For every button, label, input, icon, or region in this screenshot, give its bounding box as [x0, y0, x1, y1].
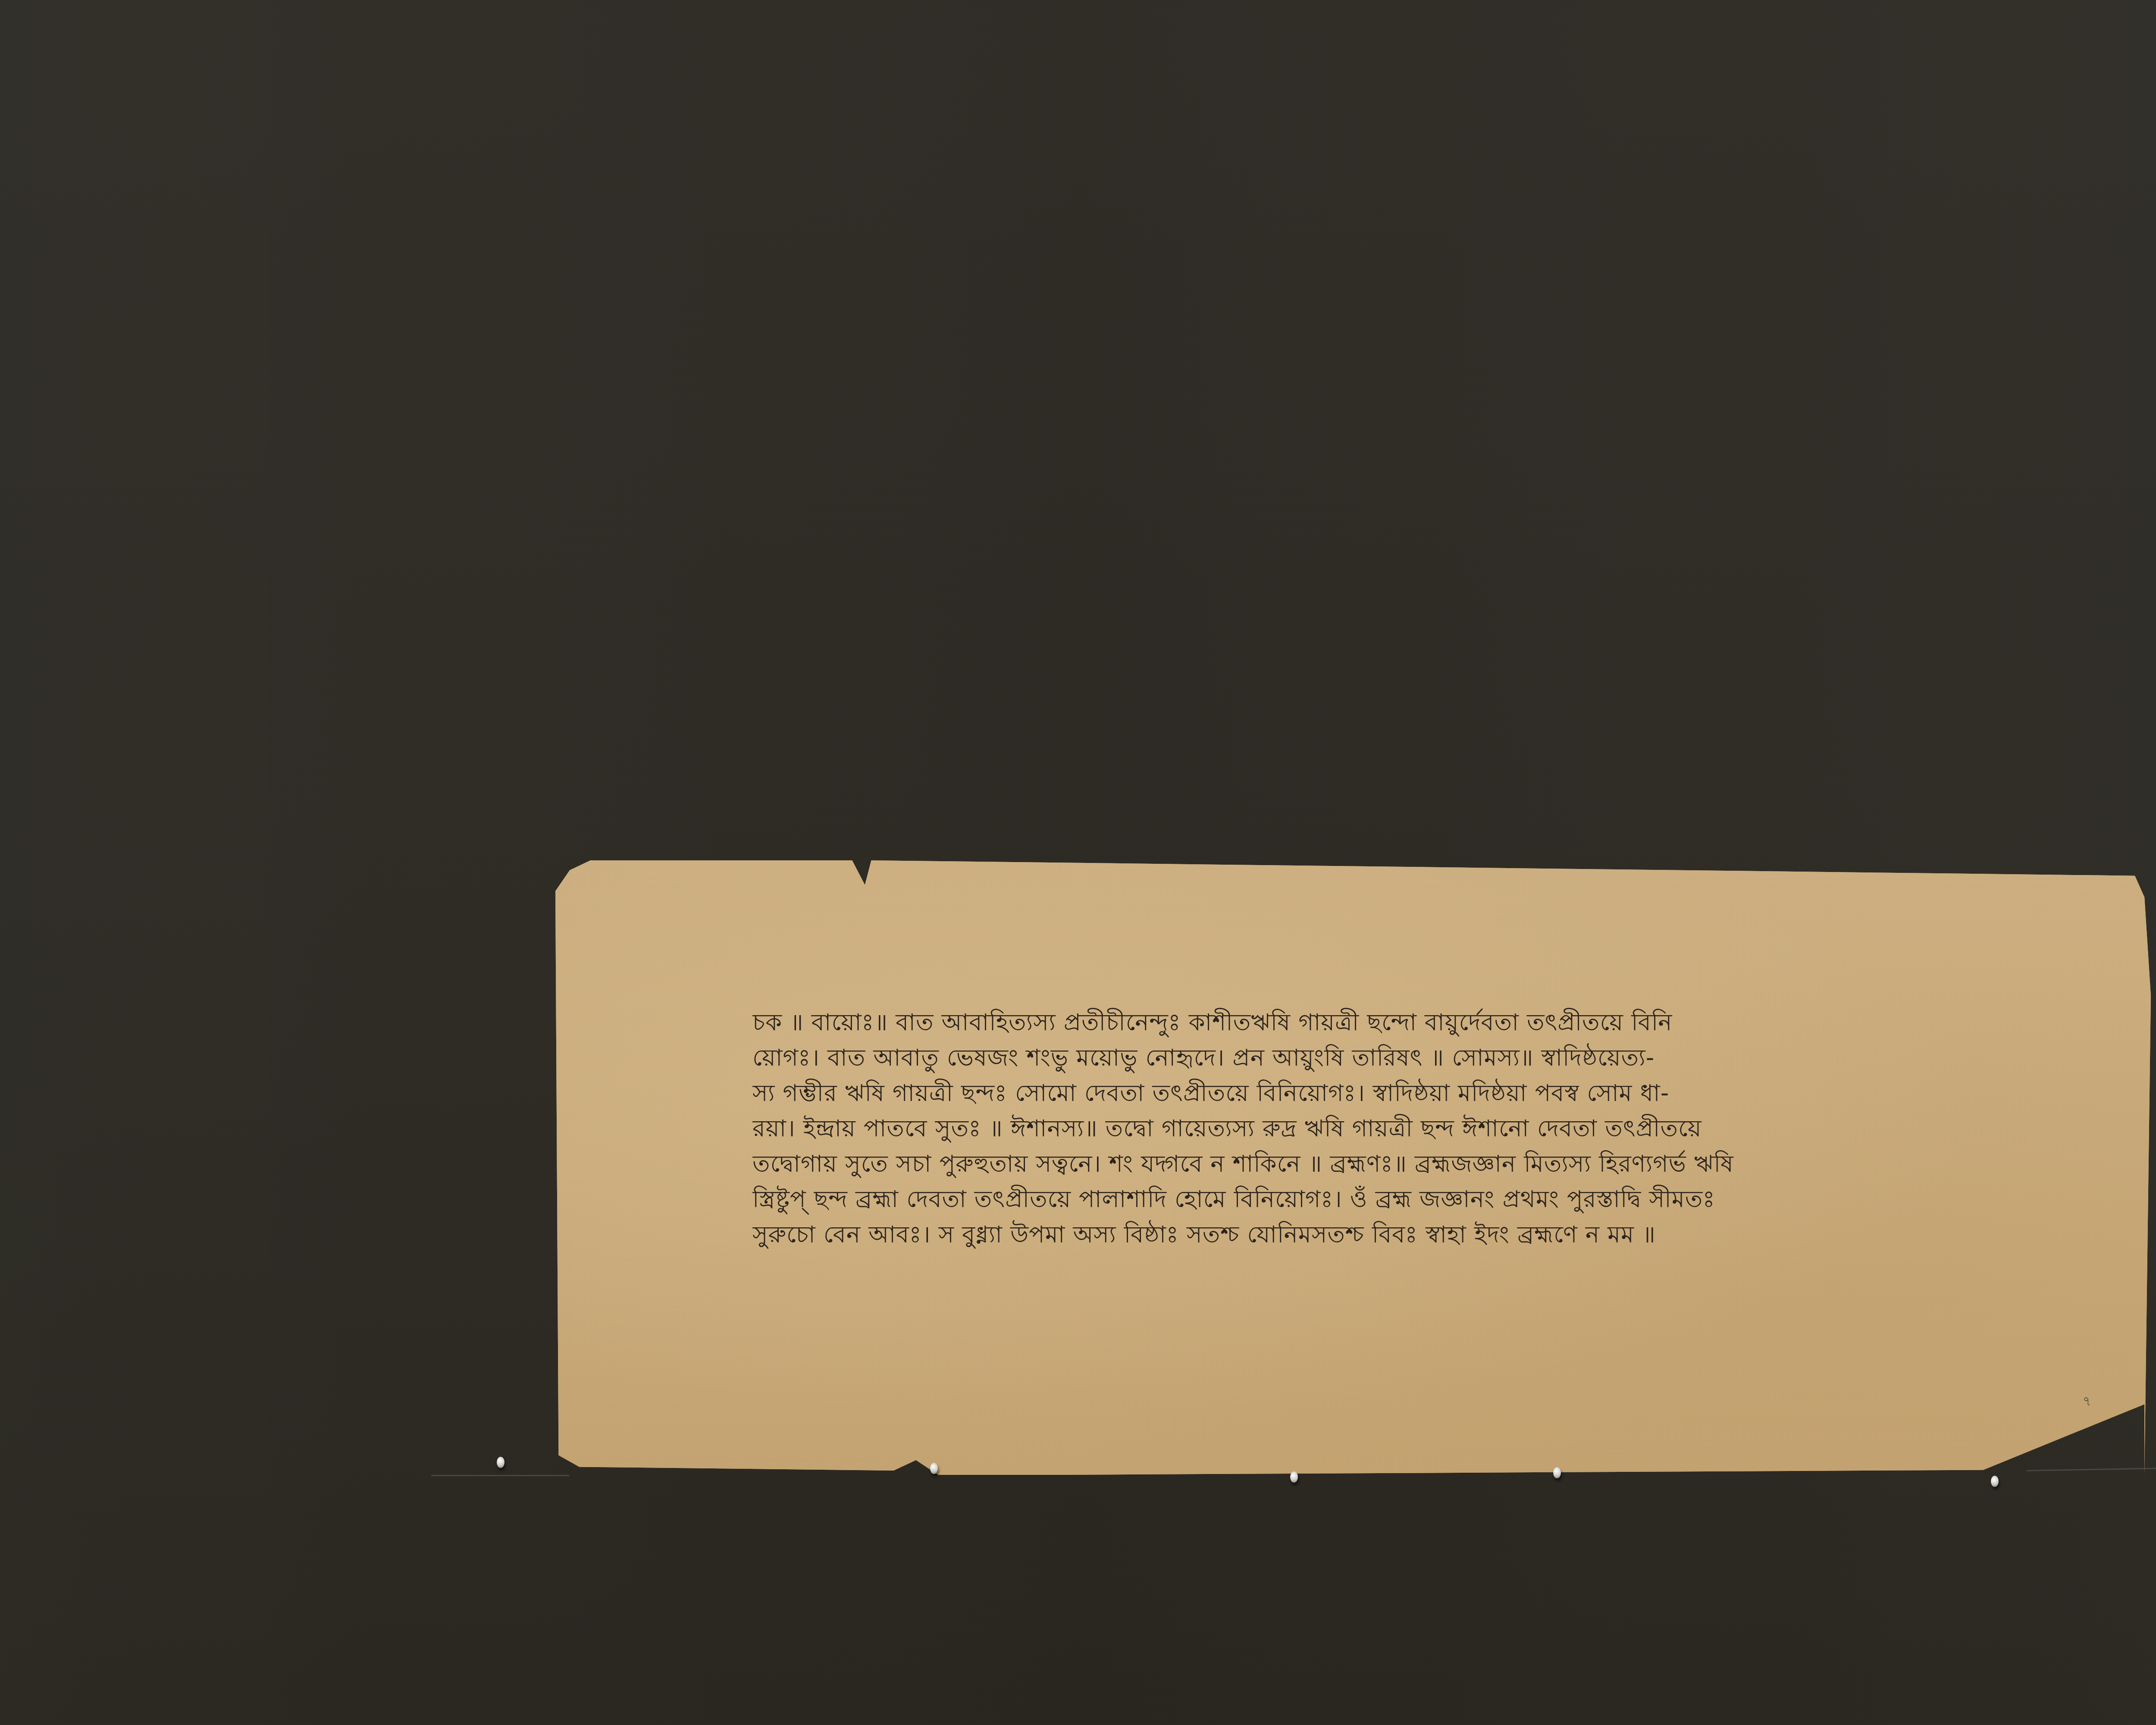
manuscript-line-3: স্য গম্ভীর ঋষি গায়ত্রী ছন্দঃ সোমো দেবতা… — [752, 1076, 2046, 1111]
board-seam-right — [2027, 1467, 2156, 1471]
manuscript-line-6: স্ত্রিষ্টুপ্ ছন্দ ব্রহ্মা দেবতা তৎপ্রীতয… — [752, 1182, 2046, 1217]
pin-icon — [1290, 1471, 1298, 1483]
pencil-folio-mark: ৭ — [2083, 1391, 2091, 1413]
manuscript-line-1: চক ॥ বায়োঃ॥ বাত আবাহিত্যস্য প্রতীচীনেন্… — [752, 1005, 2046, 1040]
manuscript-line-2: য়োগঃ। বাত আবাতু ভেষজং শংভু ময়োভু নোহৃদ… — [752, 1040, 2046, 1076]
pin-icon — [1991, 1476, 1999, 1487]
manuscript-line-7: সুরুচো বেন আবঃ। স বুধ্ন্যা উপমা অস্য বিষ… — [752, 1217, 2046, 1252]
board-seam-left — [431, 1475, 569, 1476]
manuscript-line-5: তদ্বোগায় সুতে সচা পুরুহুতায় সত্বনে। শং… — [752, 1146, 2046, 1182]
pin-icon — [497, 1457, 505, 1468]
pin-icon — [1553, 1467, 1561, 1478]
manuscript-line-4: রয়া। ইন্দ্রায় পাতবে সুতঃ ॥ ঈশানস্য॥ তদ… — [752, 1111, 2046, 1146]
pin-icon — [930, 1463, 938, 1474]
manuscript-text: চক ॥ বায়োঃ॥ বাত আবাহিত্যস্য প্রতীচীনেন্… — [752, 1005, 2046, 1252]
